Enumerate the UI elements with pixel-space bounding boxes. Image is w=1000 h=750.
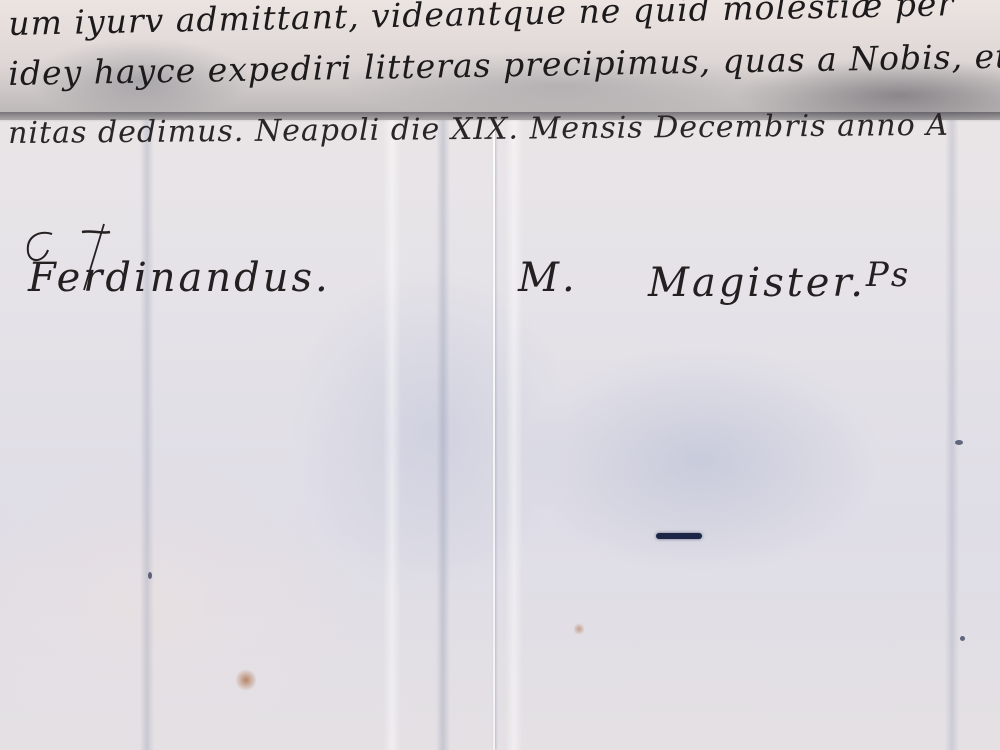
vertical-crease-soft <box>505 120 523 750</box>
vertical-crease-shade <box>436 120 450 750</box>
foxing-stain <box>574 622 584 636</box>
vertical-crease-right <box>945 120 959 750</box>
signature-title-abbrev: M. <box>518 255 578 301</box>
ink-speck <box>148 572 152 579</box>
signature-name: Ferdinandus. <box>28 255 331 301</box>
vertical-crease-main <box>493 120 495 750</box>
vertical-crease-left <box>140 120 154 750</box>
signature-magister: Magister. <box>648 260 866 306</box>
foxing-stain <box>236 668 256 692</box>
blue-ink-mark <box>656 533 702 539</box>
signature-suffix: Ps <box>866 255 911 295</box>
vertical-crease-soft <box>383 120 401 750</box>
ink-speck <box>955 440 963 445</box>
text-line-3: nitas dedimus. Neapoli die XIX. Mensis D… <box>8 108 949 151</box>
manuscript-paper: um iyurv admittant, videantque ne quid m… <box>0 0 1000 750</box>
signature-title: Magister.Ps <box>648 255 911 306</box>
ink-speck <box>960 636 965 641</box>
